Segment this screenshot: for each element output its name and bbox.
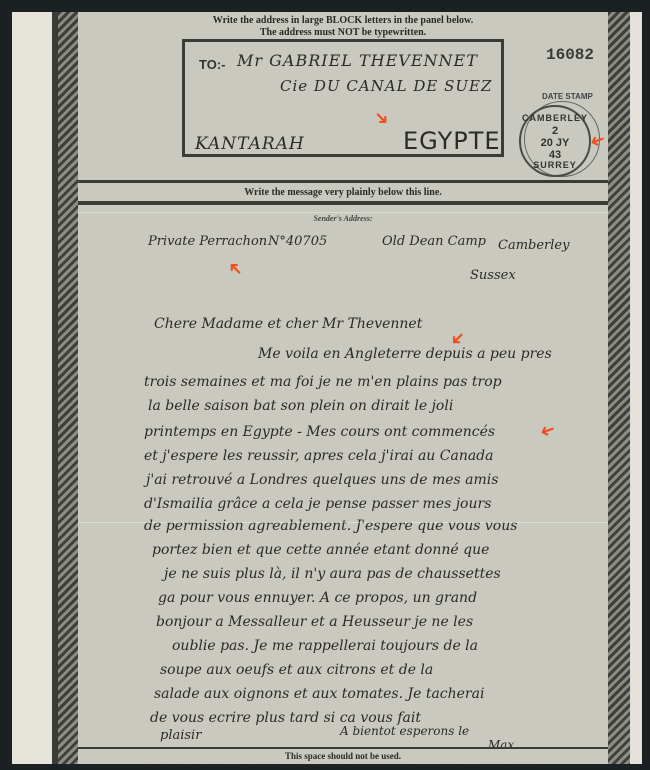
footer-warning: MAKE SURE THAT THE ADDRESS IS WRITTEN IN… (78, 761, 608, 766)
postmark: CAMBERLEY 2 20 JY 43 SURREY (519, 105, 591, 177)
sender-number: N°40705 (268, 234, 327, 249)
recipient-company: Cie DU CANAL DE SUEZ (280, 77, 492, 95)
letter-line: salade aux oignons et aux tomates. Je ta… (154, 686, 484, 702)
letter-line: d'Ismailia grâce a cela je pense passer … (144, 496, 491, 512)
recipient-name: Mr GABRIEL THEVENNET (237, 51, 478, 70)
letter-line: portez bien et que cette année etant don… (152, 542, 489, 558)
letter-line: Me voila en Angleterre depuis a peu pres (258, 346, 552, 362)
letter-closing: A bientot esperons le (340, 724, 469, 738)
postmark-county: SURREY (521, 160, 589, 170)
letter-line: printemps en Egypte - Mes cours ont comm… (144, 424, 495, 440)
recipient-country: EGYPTE (403, 127, 501, 155)
address-panel: TO:- Mr GABRIEL THEVENNET Cie DU CANAL D… (182, 39, 504, 157)
sender-town: Camberley (498, 238, 569, 253)
letter-line: je ne suis plus là, il n'y aura pas de c… (164, 566, 501, 582)
letter-line: soupe aux oeufs et aux citrons et de la (160, 662, 433, 678)
annotation-arrow-icon: ➜ (537, 418, 558, 443)
letter-line: et j'espere les reussir, apres cela j'ir… (144, 448, 494, 464)
fold-crease (78, 212, 608, 213)
sender-camp: Old Dean Camp (382, 234, 486, 249)
sender-address-label: Sender's Address: (78, 214, 608, 223)
letter-line: oublie pas. Je me rappellerai toujours d… (172, 638, 478, 654)
recipient-city: KANTARAH (195, 134, 305, 154)
letter-line: bonjour a Messalleur et a Heusseur je ne… (156, 614, 473, 630)
right-paper-margin (630, 12, 642, 764)
postmark-number: 2 (521, 125, 589, 137)
serial-number: 16082 (546, 46, 594, 64)
letter-line: j'ai retrouvé a Londres quelques uns de … (146, 472, 498, 488)
sender-county: Sussex (470, 268, 516, 283)
divider-rule (78, 201, 608, 205)
letter-salutation: Chere Madame et cher Mr Thevennet (154, 316, 422, 332)
sender-name: Private Perrachon (148, 234, 267, 249)
aerogram-sheet: Write the address in large BLOCK letters… (12, 12, 642, 764)
letter-line: de permission agreablement. J'espere que… (144, 518, 517, 534)
right-hatched-border (608, 12, 630, 764)
left-hatched-border (52, 12, 78, 764)
letter-line: ga pour vous ennuyer. A ce propos, un gr… (158, 590, 477, 606)
form-panel: Write the address in large BLOCK letters… (78, 12, 608, 764)
letter-line: trois semaines et ma foi je ne m'en plai… (144, 374, 502, 390)
fold-crease (78, 522, 608, 523)
postmark-date: 20 JY (521, 137, 589, 149)
annotation-arrow-icon: ➜ (223, 256, 249, 282)
postmark-town: CAMBERLEY (521, 113, 589, 123)
letter-line: la belle saison bat son plein on dirait … (148, 398, 453, 414)
to-label: TO:- (199, 57, 225, 72)
left-paper-margin (12, 12, 52, 764)
date-stamp-label: DATE STAMP (542, 92, 593, 101)
letter-line: plaisir (160, 728, 201, 743)
divider-rule (78, 747, 608, 749)
top-instruction-2: The address must NOT be typewritten. (78, 26, 608, 39)
divider-rule (78, 180, 608, 183)
message-instruction: Write the message very plainly below thi… (78, 186, 608, 199)
